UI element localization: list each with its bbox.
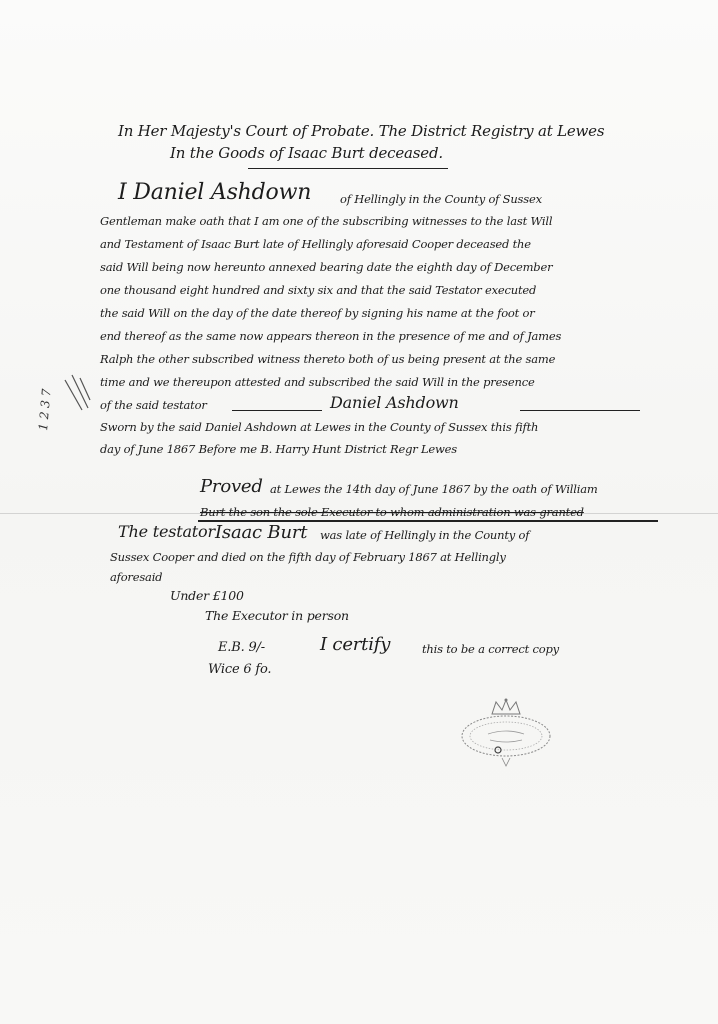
probate-line-2: Burt the son the sole Executor to whom a… bbox=[200, 505, 584, 519]
affidavit-line-6: end thereof as the same now appears ther… bbox=[100, 329, 561, 343]
sworn-line-0: Sworn by the said Daniel Ashdown at Lewe… bbox=[100, 420, 538, 434]
probate-line-3: was late of Hellingly in the County of bbox=[320, 528, 529, 542]
affidavit-line-9: of the said testator bbox=[100, 398, 207, 412]
header-underline bbox=[248, 168, 448, 169]
proved-word: Proved bbox=[200, 476, 263, 497]
sworn-line-1: day of June 1867 Before me B. Harry Hunt… bbox=[100, 442, 457, 456]
probate-line-1: at Lewes the 14th day of June 1867 by th… bbox=[270, 482, 598, 496]
margin-ticks-icon bbox=[60, 370, 100, 430]
affidavit-line-7: Ralph the other subscribed witness there… bbox=[100, 352, 555, 366]
wice-note: Wice 6 fo. bbox=[208, 662, 271, 677]
signature-rule-left bbox=[232, 410, 322, 411]
affidavit-line-1: Gentleman make oath that I am one of the… bbox=[100, 214, 552, 228]
affidavit-line-0: of Hellingly in the County of Sussex bbox=[340, 192, 542, 206]
header-goods: In the Goods of Isaac Burt deceased. bbox=[170, 144, 443, 162]
testator-prefix: The testator bbox=[118, 522, 215, 541]
witness-signature: Daniel Ashdown bbox=[330, 393, 459, 412]
header-court: In Her Majesty's Court of Probate. The D… bbox=[118, 122, 604, 140]
affidavit-line-8: time and we thereupon attested and subsc… bbox=[100, 375, 535, 389]
certify-prefix: I certify bbox=[320, 634, 390, 655]
affidavit-line-5: the said Will on the day of the date the… bbox=[100, 306, 535, 320]
probate-line-4: Sussex Cooper and died on the fifth day … bbox=[110, 550, 506, 564]
affidavit-line-3: said Will being now hereunto annexed bea… bbox=[100, 260, 552, 274]
document-page: In Her Majesty's Court of Probate. The D… bbox=[0, 0, 718, 1024]
certify-text: this to be a correct copy bbox=[422, 642, 559, 656]
affidavit-line-4: one thousand eight hundred and sixty six… bbox=[100, 283, 536, 297]
executor-in-person: The Executor in person bbox=[205, 608, 349, 623]
under-value: Under £100 bbox=[170, 588, 244, 603]
affiant-name: I Daniel Ashdown bbox=[118, 180, 311, 205]
court-seal-icon bbox=[458, 698, 554, 768]
fee-note: E.B. 9/- bbox=[218, 640, 265, 655]
margin-note: 1 2 3 7 bbox=[36, 388, 54, 431]
testator-name: Isaac Burt bbox=[215, 522, 307, 543]
probate-line-5: aforesaid bbox=[110, 570, 162, 584]
affidavit-line-2: and Testament of Isaac Burt late of Hell… bbox=[100, 237, 531, 251]
signature-rule-right bbox=[520, 410, 640, 411]
